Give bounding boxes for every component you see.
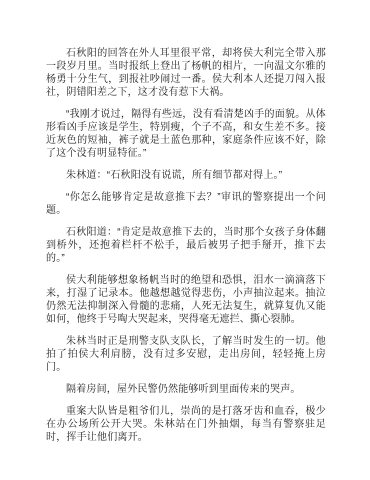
ebook-page: 石秋阳的回答在外人耳里很平常，却将侯大利完全带入那一段岁月里。当时报纸上登出了杨… <box>0 0 370 480</box>
paragraph: 隔着房间，屋外民警仍然能够听到里面传来的哭声。 <box>46 383 326 396</box>
paragraph: 侯大利能够想象杨帆当时的绝望和恐惧，泪水一滴滴落下来，打湿了记录本。他越想越觉得… <box>46 274 326 326</box>
paragraph: 石秋阳的回答在外人耳里很平常，却将侯大利完全带入那一段岁月里。当时报纸上登出了杨… <box>46 47 326 99</box>
paragraph: “我刚才说过，隔得有些远，没有看清楚凶手的面貌。从体形看凶手应该是学生，特别瘦，… <box>46 108 326 160</box>
paragraph: 朱林当时正是刑警支队支队长，了解当时发生的一切。他拍了拍侯大利肩膀，没有过多安慰… <box>46 335 326 374</box>
paragraph: 石秋阳道：“肯定是故意推下去的，当时那个女孩子身体翻到桥外，还抱着栏杆不松手，最… <box>46 226 326 265</box>
paragraph: “你怎么能够肯定是故意推下去？”审讯的警察提出一个问题。 <box>46 191 326 217</box>
paragraph: 重案大队皆是粗爷们儿，崇尚的是打落牙齿和血吞，极少在办公场所公开大哭。朱林站在门… <box>46 405 326 444</box>
paragraph: 朱林道：“石秋阳没有说谎，所有细节都对得上。” <box>46 169 326 182</box>
